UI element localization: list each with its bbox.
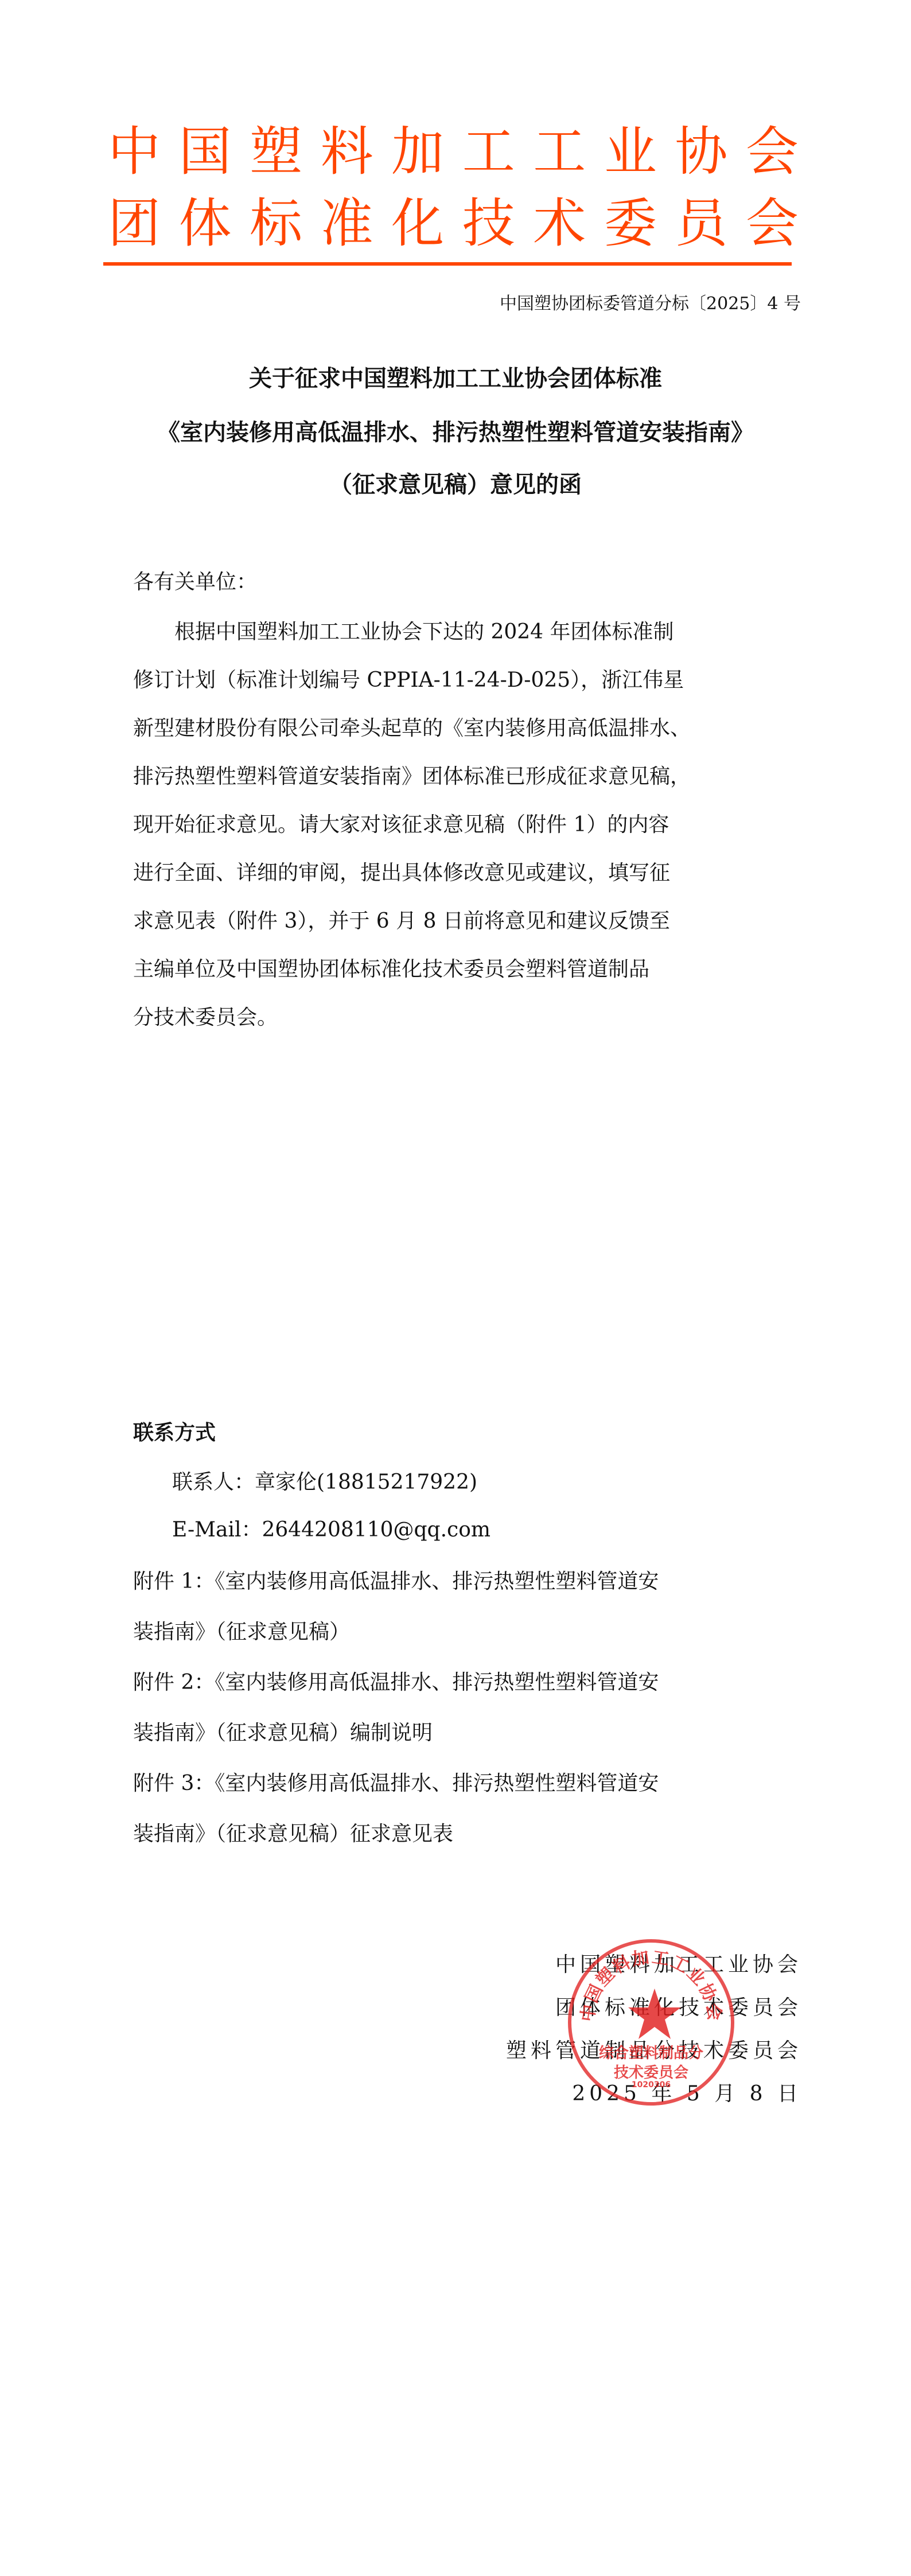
body-line: 主编单位及中国塑协团体标准化技术委员会塑料管道制品 [133, 945, 799, 994]
letterhead-line-1: 中 国 塑 料 加 工 工 业 协 会 [103, 123, 803, 181]
letterhead-char: 技 [458, 195, 520, 252]
title-line-2: 《室内装修用高低温排水、排污热塑性塑料管道安装指南》 [0, 417, 911, 449]
body-line: 修订计划（标准计划编号 CPPIA-11-24-D-025），浙江伟星 [133, 656, 799, 705]
document-number: 中国塑协团标委管道分标〔2025〕4 号 [500, 291, 801, 317]
attachment-2-line-1: 附件 2：《室内装修用高低温排水、排污热塑性塑料管道安 [133, 1657, 799, 1708]
attachment-3-line-1: 附件 3：《室内装修用高低温排水、排污热塑性塑料管道安 [133, 1758, 799, 1809]
official-seal: 中国塑料加工工业协会 综合塑料制品分 技术委员会 1020306 [568, 1939, 734, 2106]
attachments-list: 附件 1：《室内装修用高低温排水、排污热塑性塑料管道安 装指南》（征求意见稿） … [133, 1557, 799, 1859]
letterhead-char: 团 [103, 195, 165, 252]
letterhead-char: 标 [245, 195, 307, 252]
body-paragraph: 根据中国塑料加工工业协会下达的 2024 年团体标准制 修订计划（标准计划编号 … [133, 608, 799, 1042]
letterhead-char: 料 [316, 123, 378, 181]
seal-inner-line-1: 综合塑料制品分 [571, 2041, 731, 2063]
letterhead-char: 协 [670, 123, 732, 181]
body-line: 分技术委员会。 [133, 994, 799, 1042]
letterhead-char: 国 [174, 123, 236, 181]
body-line: 求意见表（附件 3），并于 6 月 8 日前将意见和建议反馈至 [133, 897, 799, 945]
seal-inner-line-2: 技术委员会 [571, 2061, 731, 2082]
letterhead-char: 工 [528, 123, 590, 181]
letterhead-char: 工 [458, 123, 520, 181]
letterhead-char: 体 [174, 195, 236, 252]
letterhead-line-2: 团 体 标 准 化 技 术 委 员 会 [103, 195, 803, 252]
body-line: 新型建材股份有限公司牵头起草的《室内装修用高低温排水、 [133, 705, 799, 753]
attachment-3-line-2: 装指南》（征求意见稿）征求意见表 [133, 1809, 799, 1859]
contact-person: 联系人：章家伦(18815217922) [172, 1465, 477, 1500]
attachment-2-line-2: 装指南》（征求意见稿）编制说明 [133, 1708, 799, 1758]
title-line-3: （征求意见稿）意见的函 [0, 469, 911, 501]
seal-code: 1020306 [571, 2080, 731, 2089]
body-line: 根据中国塑料加工工业协会下达的 2024 年团体标准制 [133, 608, 799, 656]
contact-heading: 联系方式 [133, 1416, 216, 1450]
letterhead-char: 员 [670, 195, 732, 252]
letterhead-char: 会 [741, 195, 803, 252]
attachment-1-line-1: 附件 1：《室内装修用高低温排水、排污热塑性塑料管道安 [133, 1557, 799, 1607]
letterhead-char: 业 [599, 123, 661, 181]
body-line: 进行全面、详细的审阅，提出具体修改意见或建议，填写征 [133, 849, 799, 897]
letterhead-char: 中 [103, 123, 165, 181]
letterhead-char: 委 [599, 195, 661, 252]
letterhead-char: 会 [741, 123, 803, 181]
attachment-1-line-2: 装指南》（征求意见稿） [133, 1607, 799, 1657]
letterhead-char: 化 [387, 195, 449, 252]
letterhead-char: 加 [387, 123, 449, 181]
letterhead-char: 塑 [245, 123, 307, 181]
seal-star-icon [626, 1986, 683, 2043]
body-line: 排污热塑性塑料管道安装指南》团体标准已形成征求意见稿， [133, 753, 799, 801]
contact-email[interactable]: E-Mail：2644208110@qq.com [172, 1513, 490, 1547]
letterhead-divider [103, 262, 792, 266]
letterhead-char: 准 [316, 195, 378, 252]
salutation: 各有关单位： [133, 565, 257, 600]
letterhead-char: 术 [528, 195, 590, 252]
body-line: 现开始征求意见。请大家对该征求意见稿（附件 1）的内容 [133, 801, 799, 849]
title-line-1: 关于征求中国塑料加工工业协会团体标准 [0, 363, 911, 395]
